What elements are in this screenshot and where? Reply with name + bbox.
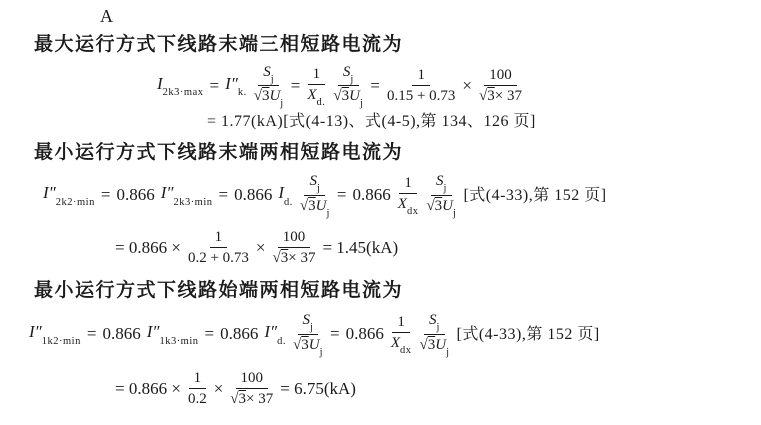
fraction-sj-sqrt3uj: Sj √3Uj xyxy=(254,63,284,109)
formula-1-line-2: = 1.77(kA)[式(4-13)、式(4-5),第 134、126 页] xyxy=(204,113,753,131)
var-X: X xyxy=(398,196,407,212)
fraction-1-over-sum: 1 0.15 + 0.73 xyxy=(387,66,455,105)
fraction-numerator: Sj xyxy=(431,172,452,196)
coefficient-0866: 0.866 xyxy=(102,325,140,344)
radical-sign: √ xyxy=(426,198,434,214)
fraction-100-over-sqrt3x37: 100 √3× 37 xyxy=(273,228,316,267)
section-1-heading: 最大运行方式下线路末端三相短路电流为 xyxy=(34,33,753,57)
var-U: U xyxy=(316,198,327,214)
fraction-1-over-xd: 1 Xd. xyxy=(307,65,325,108)
times-37: × 37 xyxy=(246,391,273,407)
citation: [式(4-33),第 152 页] xyxy=(463,187,606,205)
fraction-sj-sqrt3uj: Sj √3Uj xyxy=(300,172,330,218)
formula-1-line-1: I2k3·max = I″k. Sj √3Uj = 1 Xd. Sj √3Uj … xyxy=(154,63,753,109)
fraction-denominator: √3Uj xyxy=(293,335,323,358)
fraction-1-over-xdx: 1 Xdx xyxy=(398,174,419,217)
equals-sign: = xyxy=(101,186,111,205)
fraction-numerator: 1 xyxy=(189,369,207,389)
subscript-2k3min: 2k3·min xyxy=(173,197,212,208)
coefficient-0866: 0.866 xyxy=(346,325,384,344)
radicand-3: 3 xyxy=(342,88,350,104)
fraction-denominator: 0.15 + 0.73 xyxy=(387,86,455,105)
figure-label-a: A xyxy=(100,6,753,27)
radical-sign: √ xyxy=(230,391,238,407)
fraction-numerator: 1 xyxy=(392,313,410,333)
formula-3-line-2: = 0.866 × 1 0.2 × 100 √3× 37 = 6.75(kA) xyxy=(112,369,753,408)
fraction-denominator: Xdx xyxy=(391,333,412,356)
radical-sign: √ xyxy=(293,337,301,353)
var-X: X xyxy=(391,335,400,351)
fraction-numerator: 1 xyxy=(308,65,326,85)
var-I-doubleprime: I″ xyxy=(147,322,160,341)
fraction-numerator: 100 xyxy=(236,369,269,389)
equals-sign: = xyxy=(370,77,380,96)
subscript-1k3min: 1k3·min xyxy=(159,336,198,347)
radicand-3: 3 xyxy=(308,198,316,214)
fraction-sj-sqrt3uj: Sj √3Uj xyxy=(293,311,323,357)
var-U: U xyxy=(442,198,453,214)
radical-sign: √ xyxy=(420,337,428,353)
equals-sign: = xyxy=(291,77,301,96)
fraction-numerator: Sj xyxy=(304,172,325,196)
var-I-doubleprime: I″ xyxy=(43,183,56,202)
fraction-denominator: √3× 37 xyxy=(273,248,316,267)
eq-coef-times: = 0.866 × xyxy=(115,239,181,258)
subscript-2k3max: 2k3·max xyxy=(163,87,204,98)
subscript-j: j xyxy=(453,208,456,219)
subscript-j: j xyxy=(360,98,363,109)
equals-sign: = xyxy=(205,325,215,344)
equals-sign: = xyxy=(87,325,97,344)
var-U: U xyxy=(269,88,280,104)
equals-sign: = xyxy=(330,325,340,344)
fraction-denominator: √3Uj xyxy=(420,335,450,358)
times-sign: × xyxy=(462,77,472,96)
fraction-1-over-xdx: 1 Xdx xyxy=(391,313,412,356)
term-ik: I″k. xyxy=(225,75,247,97)
subscript-j: j xyxy=(446,347,449,358)
fraction-numerator: Sj xyxy=(258,63,279,87)
term-lhs: I″1k2·min xyxy=(29,323,81,345)
citation: [式(4-33),第 152 页] xyxy=(457,326,600,344)
result-value: = 6.75(kA) xyxy=(280,380,356,399)
result-with-citation: = 1.77(kA)[式(4-13)、式(4-5),第 134、126 页] xyxy=(207,113,536,131)
subscript-2k2min: 2k2·min xyxy=(56,197,95,208)
radicand-3: 3 xyxy=(239,391,247,407)
subscript-1k2min: 1k2·min xyxy=(42,336,81,347)
fraction-1-over-02: 1 0.2 xyxy=(188,369,207,408)
var-I-doubleprime: I″ xyxy=(29,322,42,341)
radical-sign: √ xyxy=(479,88,487,104)
subscript-dstar: d. xyxy=(277,336,286,347)
term-lhs: I″2k2·min xyxy=(43,184,95,206)
fraction-sj-sqrt3uj: Sj √3Uj xyxy=(426,172,456,218)
coefficient-0866: 0.866 xyxy=(234,186,272,205)
radical-sign: √ xyxy=(273,250,281,266)
fraction-numerator: 100 xyxy=(278,228,311,248)
var-U: U xyxy=(309,337,320,353)
fraction-100-over-sqrt3x37: 100 √3× 37 xyxy=(479,66,522,105)
coefficient-0866: 0.866 xyxy=(220,325,258,344)
var-S: S xyxy=(309,173,317,189)
fraction-denominator: Xdx xyxy=(398,194,419,217)
var-S: S xyxy=(263,64,271,80)
var-S: S xyxy=(429,312,437,328)
subscript-j: j xyxy=(271,74,274,85)
fraction-denominator: √3Uj xyxy=(254,86,284,109)
fraction-denominator: √3× 37 xyxy=(479,86,522,105)
fraction-sj-sqrt3uj: Sj √3Uj xyxy=(333,63,363,109)
subscript-dx: dx xyxy=(407,206,419,217)
times-sign: × xyxy=(214,380,224,399)
subscript-j: j xyxy=(350,74,353,85)
equals-sign: = xyxy=(219,186,229,205)
times-37: × 37 xyxy=(495,88,522,104)
fraction-denominator: 0.2 + 0.73 xyxy=(188,248,249,267)
coefficient-0866: 0.866 xyxy=(353,186,391,205)
fraction-denominator: √3Uj xyxy=(333,86,363,109)
subscript-kstar: k. xyxy=(238,87,247,98)
term-id: I″d. xyxy=(264,323,286,345)
term-mid: I″2k3·min xyxy=(161,184,213,206)
fraction-denominator: √3× 37 xyxy=(230,389,273,408)
fraction-numerator: 1 xyxy=(210,228,228,248)
eq-coef-times: = 0.866 × xyxy=(115,380,181,399)
fraction-numerator: Sj xyxy=(424,311,445,335)
formula-2-line-2: = 0.866 × 1 0.2 + 0.73 × 100 √3× 37 = 1.… xyxy=(112,228,753,267)
subscript-j: j xyxy=(310,322,313,333)
document-page: A 最大运行方式下线路末端三相短路电流为 I2k3·max = I″k. Sj … xyxy=(0,0,761,408)
fraction-numerator: 1 xyxy=(399,174,417,194)
fraction-sj-sqrt3uj: Sj √3Uj xyxy=(420,311,450,357)
var-I-doubleprime: I″ xyxy=(225,74,238,93)
term-lhs: I2k3·max xyxy=(157,75,204,97)
var-I: I xyxy=(157,74,163,93)
subscript-j: j xyxy=(320,347,323,358)
fraction-denominator: Xd. xyxy=(307,85,325,108)
section-2-heading: 最小运行方式下线路末端两相短路电流为 xyxy=(34,141,753,165)
radicand-3: 3 xyxy=(487,88,495,104)
subscript-j: j xyxy=(317,183,320,194)
radical-sign: √ xyxy=(300,198,308,214)
equals-sign: = xyxy=(337,186,347,205)
fraction-numerator: Sj xyxy=(338,63,359,87)
fraction-numerator: 1 xyxy=(412,66,430,86)
fraction-numerator: 100 xyxy=(484,66,517,86)
var-I-doubleprime: I″ xyxy=(264,322,277,341)
result-value: = 1.45(kA) xyxy=(322,239,398,258)
subscript-dstar: d. xyxy=(316,97,325,108)
radical-sign: √ xyxy=(333,88,341,104)
equals-sign: = xyxy=(210,77,220,96)
fraction-denominator: √3Uj xyxy=(300,196,330,219)
formula-3-line-1: I″1k2·min = 0.866 I″1k3·min = 0.866 I″d.… xyxy=(26,311,753,357)
subscript-dstar: d. xyxy=(284,197,293,208)
var-U: U xyxy=(349,88,360,104)
radical-sign: √ xyxy=(254,88,262,104)
fraction-100-over-sqrt3x37: 100 √3× 37 xyxy=(230,369,273,408)
section-3-heading: 最小运行方式下线路始端两相短路电流为 xyxy=(34,279,753,303)
subscript-j: j xyxy=(443,183,446,194)
subscript-j: j xyxy=(437,322,440,333)
subscript-dx: dx xyxy=(400,345,412,356)
var-I-doubleprime: I″ xyxy=(161,183,174,202)
var-S: S xyxy=(303,312,311,328)
term-mid: I″1k3·min xyxy=(147,323,199,345)
fraction-1-over-sum: 1 0.2 + 0.73 xyxy=(188,228,249,267)
fraction-numerator: Sj xyxy=(298,311,319,335)
subscript-j: j xyxy=(280,98,283,109)
times-37: × 37 xyxy=(288,250,315,266)
subscript-j: j xyxy=(327,208,330,219)
radicand-3: 3 xyxy=(301,337,309,353)
coefficient-0866: 0.866 xyxy=(116,186,154,205)
times-sign: × xyxy=(256,239,266,258)
var-U: U xyxy=(435,337,446,353)
fraction-denominator: √3Uj xyxy=(426,196,456,219)
formula-2-line-1: I″2k2·min = 0.866 I″2k3·min = 0.866 Id. … xyxy=(40,172,753,218)
term-id: Id. xyxy=(278,184,293,206)
fraction-denominator: 0.2 xyxy=(188,389,207,408)
